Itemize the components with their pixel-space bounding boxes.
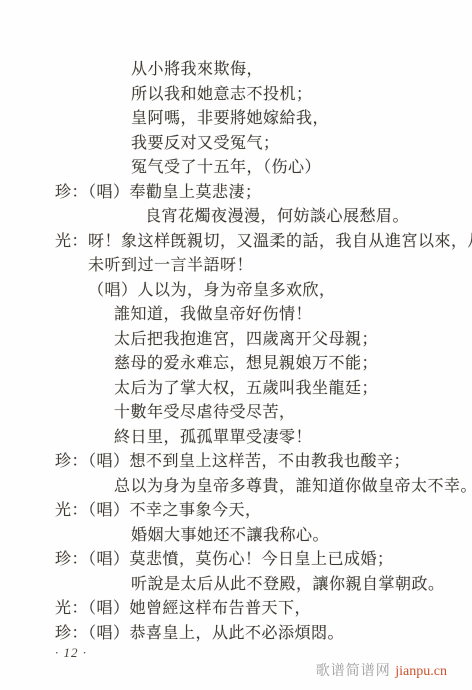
script-line: 慈母的爱永难忘，想見親娘万不能； bbox=[0, 352, 472, 377]
script-line: 光：（唱）不幸之事象今天， bbox=[0, 499, 472, 524]
script-line: 珍：（唱）恭喜皇上，从此不必添煩悶。 bbox=[0, 622, 472, 647]
script-line: 皇阿嗎，非要將她嫁給我， bbox=[0, 107, 472, 132]
script-line: 光：呀！象这样旣親切，又溫柔的話，我自从進宮以來，从 bbox=[0, 230, 472, 255]
script-line: （唱）人以为，身为帝皇多欢欣， bbox=[0, 279, 472, 304]
script-line: 未听到过一言半語呀！ bbox=[0, 254, 472, 279]
script-line: 珍：（唱）莫悲憤，莫伤心！今日皇上已成婚； bbox=[0, 548, 472, 573]
script-line: 婚姻大事她还不讓我称心。 bbox=[0, 524, 472, 549]
watermark-site-name: 歌谱简谱网 bbox=[316, 664, 396, 679]
script-line: 十數年受尽虐待受尽苦， bbox=[0, 401, 472, 426]
script-line: 誰知道，我做皇帝好伤情！ bbox=[0, 303, 472, 328]
script-line: 所以我和她意志不投机； bbox=[0, 83, 472, 108]
script-line: 良宵花燭夜漫漫，何妨談心展愁眉。 bbox=[0, 205, 472, 230]
script-line: 珍：（唱）奉勸皇上莫悲淒； bbox=[0, 181, 472, 206]
script-line: 太后为了掌大权，五歲叫我坐龍廷； bbox=[0, 377, 472, 402]
watermark-domain: jianpu.cn bbox=[395, 664, 447, 679]
libretto-text-block: 从小將我來欺侮，所以我和她意志不投机；皇阿嗎，非要將她嫁給我，我要反对又受冤气；… bbox=[0, 58, 472, 646]
script-line: 珍：（唱）想不到皇上这样苦，不由教我也酸辛； bbox=[0, 450, 472, 475]
site-watermark: 歌谱简谱网 jianpu.cn bbox=[316, 660, 447, 680]
script-line: 光：（唱）她曾經这样布告普天下， bbox=[0, 597, 472, 622]
script-line: 冤气受了十五年，（伤心） bbox=[0, 156, 472, 181]
script-line: 我要反对又受冤气； bbox=[0, 132, 472, 157]
script-line: 总以为身为皇帝多尊貴，誰知道你做皇帝太不幸。 bbox=[0, 475, 472, 500]
script-line: 从小將我來欺侮， bbox=[0, 58, 472, 83]
script-line: 終日里，孤孤單單受凄零！ bbox=[0, 426, 472, 451]
script-line: 听說是太后从此不登殿，讓你親自掌朝政。 bbox=[0, 573, 472, 598]
script-line: 太后把我抱進宮，四歲离开父母親； bbox=[0, 328, 472, 353]
score-book-page: 从小將我來欺侮，所以我和她意志不投机；皇阿嗎，非要將她嫁給我，我要反对又受冤气；… bbox=[0, 0, 472, 690]
page-number: · 12 · bbox=[55, 645, 87, 661]
